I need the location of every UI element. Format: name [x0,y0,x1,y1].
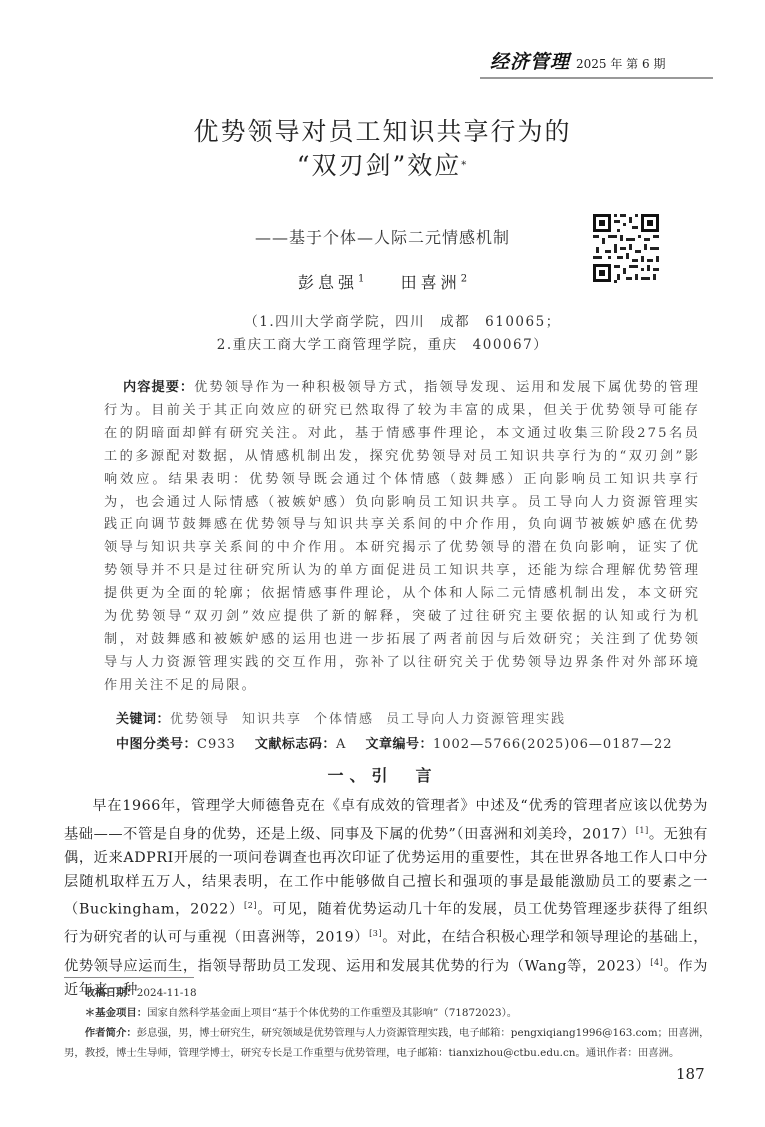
keywords-label: 关键词： [116,712,170,727]
abstract-text: 优势领导作为一种积极领导方式，指领导发现、运用和发展下属优势的管理行为。目前关于… [104,380,700,693]
keyword: 员工导向人力资源管理实践 [386,712,566,727]
citation-3[interactable]: [3] [369,929,382,938]
received-date: 收稿日期：2024-11-18 [64,983,712,1003]
citation-2[interactable]: [2] [244,901,257,910]
bio-label: 作者简介： [85,1027,137,1039]
journal-name: 经济管理 [490,47,570,74]
author-1-affil-mark: 1 [358,274,364,285]
classification-line: 中图分类号：C933 文献标志码：A 文章编号：1002—5766(2025)0… [116,733,687,752]
section-heading-introduction: 一、引 言 [0,763,765,786]
title-line-2-text: “双刃剑”效应 [297,151,462,180]
footnotes: 收稿日期：2024-11-18 ＊基金项目：国家自然科学基金面上项目“基于个体优… [64,983,712,1063]
doc-code-value: A [336,737,346,752]
header-divider [480,77,713,79]
keyword: 优势领导 [170,712,230,727]
footnote-divider [64,977,194,978]
citation-4[interactable]: [4] [650,958,663,967]
fund-value: 国家自然科学基金面上项目“基于个体优势的工作重塑及其影响”（71872023）。 [147,1007,517,1019]
title-footnote-mark: * [461,160,468,171]
received-value: 2024-11-18 [137,987,197,999]
title-line-1: 优势领导对员工知识共享行为的 [0,115,765,149]
bio-value: 彭息强，男，博士研究生，研究领域是优势管理与人力资源管理实践，电子邮箱：peng… [64,1027,710,1059]
article-no-label: 文章编号： [365,737,433,752]
abstract: 内容提要：优势领导作为一种积极领导方式，指领导发现、运用和发展下属优势的管理行为… [104,377,700,698]
author-1: 彭息强 [298,273,358,292]
affiliation-1: （1.四川大学商学院，四川 成都 610065； [20,310,765,330]
author-bio: 作者简介：彭息强，男，博士研究生，研究领域是优势管理与人力资源管理实践，电子邮箱… [64,1023,712,1063]
abstract-label: 内容提要： [123,380,194,395]
body-text-segment: 早在1966年，管理学大师德鲁克在《卓有成效的管理者》中述及“优秀的管理者应该以… [64,798,708,842]
affiliation-2: 2.重庆工商大学工商管理学院，重庆 400067） [0,333,765,353]
author-2: 田喜洲 [401,273,461,292]
fund-info: ＊基金项目：国家自然科学基金面上项目“基于个体优势的工作重塑及其影响”（7187… [64,1003,712,1023]
doc-code-label: 文献标志码： [255,737,336,752]
received-label: 收稿日期： [85,987,137,999]
clc-value: C933 [197,737,236,752]
issue-info: 2025 年 第 6 期 [576,55,665,74]
article-no-value: 1002—5766(2025)06—0187—22 [433,737,673,752]
keywords: 关键词：优势领导知识共享个体情感员工导向人力资源管理实践 [116,708,578,727]
keyword: 知识共享 [242,712,302,727]
fund-label: ＊基金项目： [85,1007,147,1019]
author-2-affil-mark: 2 [461,274,467,285]
body-paragraph: 早在1966年，管理学大师德鲁克在《卓有成效的管理者》中述及“优秀的管理者应该以… [64,795,708,1003]
authors: 彭息强1 田喜洲2 [0,270,765,293]
citation-1[interactable]: [1] [636,826,649,835]
title-line-2: “双刃剑”效应* [0,149,765,183]
journal-header: 经济管理 2025 年 第 6 期 [490,48,715,74]
clc-label: 中图分类号： [116,737,197,752]
article-title: 优势领导对员工知识共享行为的 “双刃剑”效应* [0,115,765,183]
page-number: 187 [676,1065,705,1083]
keyword: 个体情感 [314,712,374,727]
